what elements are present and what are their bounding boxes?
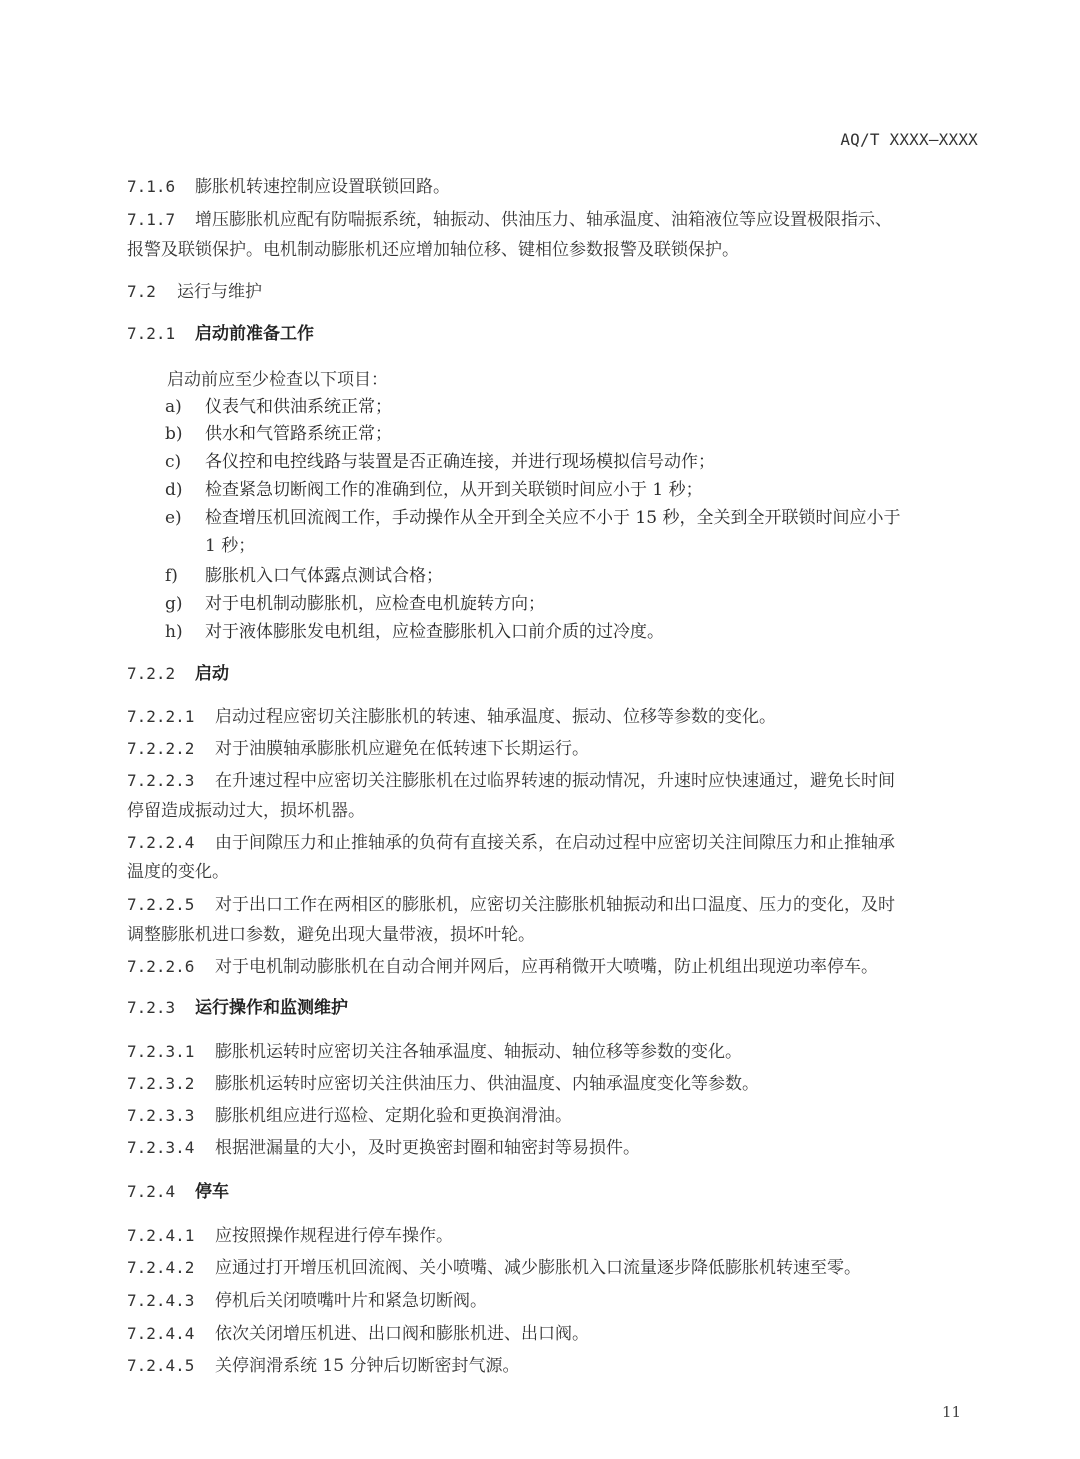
checklist-item-h: h)对于液体膨胀发电机组，应检查膨胀机入口前介质的过冷度。 — [165, 617, 985, 647]
clause-7-2-2-5: 7.2.2.5对于出口工作在两相区的膨胀机，应密切关注膨胀机轴振动和出口温度、压… — [127, 890, 982, 920]
section-number: 7.2.1 — [127, 319, 195, 349]
clause-continuation: 温度的变化。 — [127, 857, 229, 887]
clause-number: 7.1.7 — [127, 205, 195, 235]
clause-number: 7.2.2.4 — [127, 828, 215, 858]
checklist-item-b: b)供水和气管路系统正常； — [165, 419, 985, 449]
section-number: 7.2.2 — [127, 659, 195, 689]
item-label: a) — [165, 392, 205, 422]
section-heading-7-2-1: 7.2.1启动前准备工作 — [127, 319, 982, 349]
item-label: h) — [165, 617, 205, 647]
clause-number: 7.2.4.4 — [127, 1319, 215, 1349]
checklist-item-c: c)各仪控和电控线路与装置是否正确连接，并进行现场模拟信号动作； — [165, 447, 985, 477]
clause-text: 根据泄漏量的大小，及时更换密封圈和轴密封等易损件。 — [215, 1138, 640, 1158]
clause-7-2-4-2: 7.2.4.2应通过打开增压机回流阀、关小喷嘴、减少膨胀机入口流量逐步降低膨胀机… — [127, 1253, 982, 1283]
clause-text: 对于出口工作在两相区的膨胀机，应密切关注膨胀机轴振动和出口温度、压力的变化，及时 — [215, 895, 895, 915]
checklist-item-f: f)膨胀机入口气体露点测试合格； — [165, 561, 985, 591]
clause-continuation: 停留造成振动过大，损坏机器。 — [127, 796, 365, 826]
item-label: e) — [165, 503, 205, 533]
clause-text: 关停润滑系统 15 分钟后切断密封气源。 — [215, 1356, 519, 1376]
clause-number: 7.2.3.1 — [127, 1037, 215, 1067]
clause-7-2-4-1: 7.2.4.1应按照操作规程进行停车操作。 — [127, 1221, 982, 1251]
document-page: AQ/T XXXX—XXXX 7.1.6膨胀机转速控制应设置联锁回路。 7.1.… — [0, 0, 1080, 1459]
clause-number: 7.1.6 — [127, 172, 195, 202]
clause-text: 停机后关闭喷嘴叶片和紧急切断阀。 — [215, 1291, 487, 1311]
item-text: 各仪控和电控线路与装置是否正确连接，并进行现场模拟信号动作； — [205, 452, 715, 472]
checklist-item-e: e)检查增压机回流阀工作，手动操作从全开到全关应不小于 15 秒，全关到全开联锁… — [165, 503, 985, 533]
clause-text: 启动过程应密切关注膨胀机的转速、轴承温度、振动、位移等参数的变化。 — [215, 707, 776, 727]
clause-number: 7.2.2.3 — [127, 766, 215, 796]
clause-number: 7.2.3.2 — [127, 1069, 215, 1099]
item-text: 检查紧急切断阀工作的准确到位，从开到关联锁时间应小于 1 秒； — [205, 480, 703, 500]
checklist-item-d: d)检查紧急切断阀工作的准确到位，从开到关联锁时间应小于 1 秒； — [165, 475, 985, 505]
clause-7-2-2-3: 7.2.2.3在升速过程中应密切关注膨胀机在过临界转速的振动情况，升速时应快速通… — [127, 766, 982, 796]
section-title: 运行与维护 — [177, 282, 262, 302]
section-heading-7-2-2: 7.2.2启动 — [127, 659, 982, 689]
clause-number: 7.2.4.1 — [127, 1221, 215, 1251]
section-heading-7-2-3: 7.2.3运行操作和监测维护 — [127, 993, 982, 1023]
clause-7-2-2-1: 7.2.2.1启动过程应密切关注膨胀机的转速、轴承温度、振动、位移等参数的变化。 — [127, 702, 982, 732]
clause-text: 增压膨胀机应配有防喘振系统，轴振动、供油压力、轴承温度、油箱液位等应设置极限指示… — [195, 210, 892, 230]
clause-number: 7.2.2.6 — [127, 952, 215, 982]
item-label: b) — [165, 419, 205, 449]
item-text: 供水和气管路系统正常； — [205, 424, 392, 444]
clause-text: 膨胀机转速控制应设置联锁回路。 — [195, 177, 450, 197]
clause-text: 膨胀机组应进行巡检、定期化验和更换润滑油。 — [215, 1106, 572, 1126]
clause-7-2-3-2: 7.2.3.2膨胀机运转时应密切关注供油压力、供油温度、内轴承温度变化等参数。 — [127, 1069, 982, 1099]
item-text: 膨胀机入口气体露点测试合格； — [205, 566, 443, 586]
item-text: 仪表气和供油系统正常； — [205, 397, 392, 417]
item-label: f) — [165, 561, 205, 591]
clause-7-2-3-3: 7.2.3.3膨胀机组应进行巡检、定期化验和更换润滑油。 — [127, 1101, 982, 1131]
clause-7-2-4-4: 7.2.4.4依次关闭增压机进、出口阀和膨胀机进、出口阀。 — [127, 1319, 982, 1349]
clause-7-2-2-4: 7.2.2.4由于间隙压力和止推轴承的负荷有直接关系，在启动过程中应密切关注间隙… — [127, 828, 982, 858]
clause-7-2-4-3: 7.2.4.3停机后关闭喷嘴叶片和紧急切断阀。 — [127, 1286, 982, 1316]
checklist-item-g: g)对于电机制动膨胀机，应检查电机旋转方向； — [165, 589, 985, 619]
clause-number: 7.2.4.5 — [127, 1351, 215, 1381]
item-text: 对于电机制动膨胀机，应检查电机旋转方向； — [205, 594, 545, 614]
clause-number: 7.2.2.5 — [127, 890, 215, 920]
clause-7-2-4-5: 7.2.4.5关停润滑系统 15 分钟后切断密封气源。 — [127, 1351, 982, 1381]
clause-text: 膨胀机运转时应密切关注供油压力、供油温度、内轴承温度变化等参数。 — [215, 1074, 759, 1094]
clause-text: 由于间隙压力和止推轴承的负荷有直接关系，在启动过程中应密切关注间隙压力和止推轴承 — [215, 833, 895, 853]
section-number: 7.2.3 — [127, 993, 195, 1023]
document-code: AQ/T XXXX—XXXX — [840, 130, 978, 149]
clause-number: 7.2.4.2 — [127, 1253, 215, 1283]
clause-7-2-2-2: 7.2.2.2对于油膜轴承膨胀机应避免在低转速下长期运行。 — [127, 734, 982, 764]
clause-text: 对于油膜轴承膨胀机应避免在低转速下长期运行。 — [215, 739, 589, 759]
clause-text: 在升速过程中应密切关注膨胀机在过临界转速的振动情况，升速时应快速通过，避免长时间 — [215, 771, 895, 791]
clause-number: 7.2.2.2 — [127, 734, 215, 764]
clause-7-2-3-4: 7.2.3.4根据泄漏量的大小，及时更换密封圈和轴密封等易损件。 — [127, 1133, 982, 1163]
clause-text: 应按照操作规程进行停车操作。 — [215, 1226, 453, 1246]
clause-7-1-7: 7.1.7增压膨胀机应配有防喘振系统，轴振动、供油压力、轴承温度、油箱液位等应设… — [127, 205, 982, 235]
clause-number: 7.2.3.3 — [127, 1101, 215, 1131]
clause-number: 7.2.3.4 — [127, 1133, 215, 1163]
page-number: 11 — [942, 1403, 961, 1421]
item-text: 检查增压机回流阀工作，手动操作从全开到全关应不小于 15 秒，全关到全开联锁时间… — [205, 508, 900, 528]
section-title: 停车 — [195, 1182, 229, 1202]
checklist-intro: 启动前应至少检查以下项目： — [167, 365, 388, 395]
item-text: 对于液体膨胀发电机组，应检查膨胀机入口前介质的过冷度。 — [205, 622, 664, 642]
item-label: c) — [165, 447, 205, 477]
clause-text: 应通过打开增压机回流阀、关小喷嘴、减少膨胀机入口流量逐步降低膨胀机转速至零。 — [215, 1258, 861, 1278]
clause-7-2-3-1: 7.2.3.1膨胀机运转时应密切关注各轴承温度、轴振动、轴位移等参数的变化。 — [127, 1037, 982, 1067]
section-heading-7-2: 7.2运行与维护 — [127, 277, 982, 307]
clause-continuation: 调整膨胀机进口参数，避免出现大量带液，损坏叶轮。 — [127, 920, 535, 950]
clause-number: 7.2.4.3 — [127, 1286, 215, 1316]
item-label: d) — [165, 475, 205, 505]
clause-number: 7.2.2.1 — [127, 702, 215, 732]
clause-text: 膨胀机运转时应密切关注各轴承温度、轴振动、轴位移等参数的变化。 — [215, 1042, 742, 1062]
section-title: 启动 — [195, 664, 229, 684]
checklist-item-a: a)仪表气和供油系统正常； — [165, 392, 985, 422]
clause-7-1-6: 7.1.6膨胀机转速控制应设置联锁回路。 — [127, 172, 982, 202]
clause-7-2-2-6: 7.2.2.6对于电机制动膨胀机在自动合闸并网后，应再稍微开大喷嘴，防止机组出现… — [127, 952, 982, 982]
item-label: g) — [165, 589, 205, 619]
section-heading-7-2-4: 7.2.4停车 — [127, 1177, 982, 1207]
section-title: 运行操作和监测维护 — [195, 998, 348, 1018]
clause-text: 依次关闭增压机进、出口阀和膨胀机进、出口阀。 — [215, 1324, 589, 1344]
clause-text: 对于电机制动膨胀机在自动合闸并网后，应再稍微开大喷嘴，防止机组出现逆功率停车。 — [215, 957, 878, 977]
section-number: 7.2 — [127, 277, 177, 307]
section-title: 启动前准备工作 — [195, 324, 314, 344]
clause-continuation: 报警及联锁保护。电机制动膨胀机还应增加轴位移、键相位参数报警及联锁保护。 — [127, 235, 739, 265]
section-number: 7.2.4 — [127, 1177, 195, 1207]
checklist-item-e-continuation: 1 秒； — [205, 531, 255, 561]
